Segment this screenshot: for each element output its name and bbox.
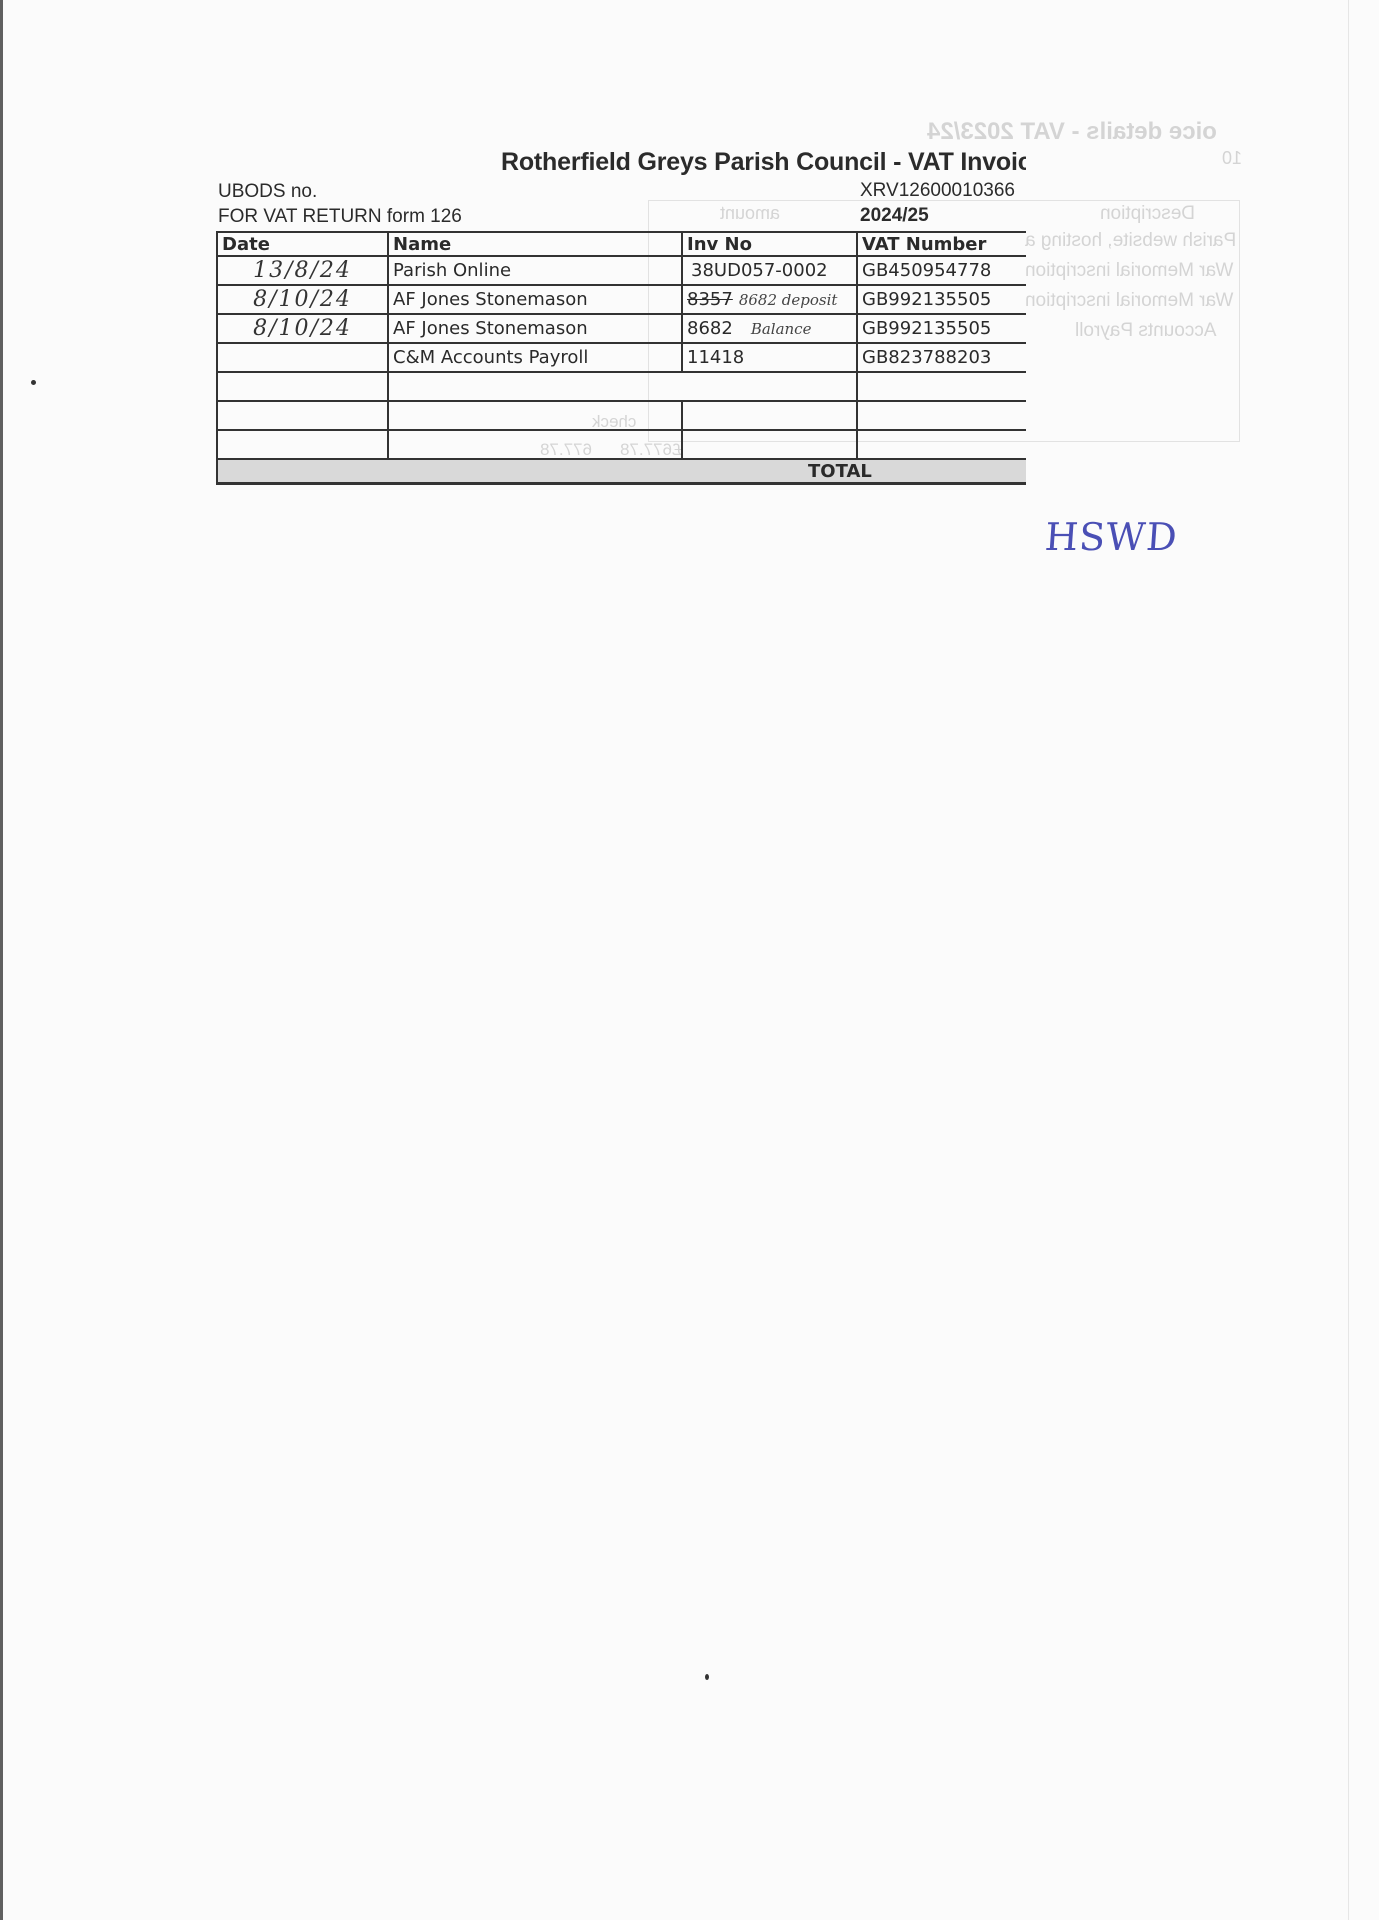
date-cell: 8/10/24 (253, 287, 352, 312)
scan-speck (705, 1674, 709, 1680)
total-row: TOTAL (217, 459, 1026, 484)
ubods-value: XRV12600010366 (860, 180, 1015, 202)
date-cell (217, 343, 388, 372)
inv-no-cell (682, 372, 857, 401)
vat-number-cell (857, 372, 1026, 401)
name-cell (388, 372, 682, 401)
document-title: Rotherfield Greys Parish Council - VAT I… (501, 148, 1026, 177)
table-row: C&M Accounts Payroll 11418 GB823788203 (217, 343, 1026, 372)
inv-no-value: 8682 (687, 318, 733, 339)
inv-no-cell: 38UD057-0002 (682, 256, 857, 285)
handwritten-initials: HSWD (1043, 515, 1179, 559)
ghost-line: Parish website, hosting a (1025, 230, 1236, 252)
vat-number-cell: GB992135505 (857, 285, 1026, 314)
inv-no-handwritten-note: Balance (751, 320, 812, 338)
vat-number-cell: GB450954778 (857, 256, 1026, 285)
ghost-sub: 10 (1222, 148, 1242, 169)
table-row (217, 430, 1026, 459)
name-cell (388, 401, 682, 430)
header-name: Name (388, 232, 682, 256)
inv-no-handwritten-note: 8682 deposit (739, 291, 838, 309)
header-vat-number: VAT Number (857, 232, 1026, 256)
inv-no-cell (682, 401, 857, 430)
table-row (217, 401, 1026, 430)
table-row (217, 372, 1026, 401)
table-row: 13/8/24 Parish Online 38UD057-0002 GB450… (217, 256, 1026, 285)
date-cell (217, 430, 388, 459)
form-label: FOR VAT RETURN form 126 (218, 206, 462, 228)
name-cell: AF Jones Stonemason (388, 285, 682, 314)
ubods-label: UBODS no. (218, 181, 317, 203)
vat-number-cell: GB823788203 (857, 343, 1026, 372)
total-label: TOTAL (217, 459, 1026, 484)
inv-no-cell: 11418 (682, 343, 857, 372)
ghost-description: Description (1100, 203, 1195, 225)
name-cell: Parish Online (388, 256, 682, 285)
table-header-row: Date Name Inv No VAT Number (217, 232, 1026, 256)
date-cell: 13/8/24 (253, 258, 352, 283)
vat-invoice-table: Date Name Inv No VAT Number 13/8/24 Pari… (216, 231, 1026, 485)
name-cell: C&M Accounts Payroll (388, 343, 682, 372)
inv-no-struck: 8357 (687, 289, 733, 310)
header-date: Date (217, 232, 388, 256)
ghost-line: War Memorial inscription (1025, 260, 1233, 282)
inv-no-cell: 83578682 deposit (682, 285, 857, 314)
table-row: 8/10/24 AF Jones Stonemason 83578682 dep… (217, 285, 1026, 314)
printed-sheet: Rotherfield Greys Parish Council - VAT I… (0, 0, 1026, 600)
year-label: 2024/25 (860, 205, 929, 227)
inv-no-cell (682, 430, 857, 459)
vat-number-cell (857, 401, 1026, 430)
ghost-line: War Memorial inscription (1025, 290, 1233, 312)
name-cell: AF Jones Stonemason (388, 314, 682, 343)
ghost-line: Accounts Payroll (1075, 320, 1217, 342)
date-cell (217, 401, 388, 430)
scan-edge (1348, 0, 1349, 1920)
vat-number-cell: GB992135505 (857, 314, 1026, 343)
date-cell: 8/10/24 (253, 316, 352, 341)
inv-no-cell: 8682Balance (682, 314, 857, 343)
header-inv-no: Inv No (682, 232, 857, 256)
vat-number-cell (857, 430, 1026, 459)
table-row: 8/10/24 AF Jones Stonemason 8682Balance … (217, 314, 1026, 343)
date-cell (217, 372, 388, 401)
name-cell (388, 430, 682, 459)
